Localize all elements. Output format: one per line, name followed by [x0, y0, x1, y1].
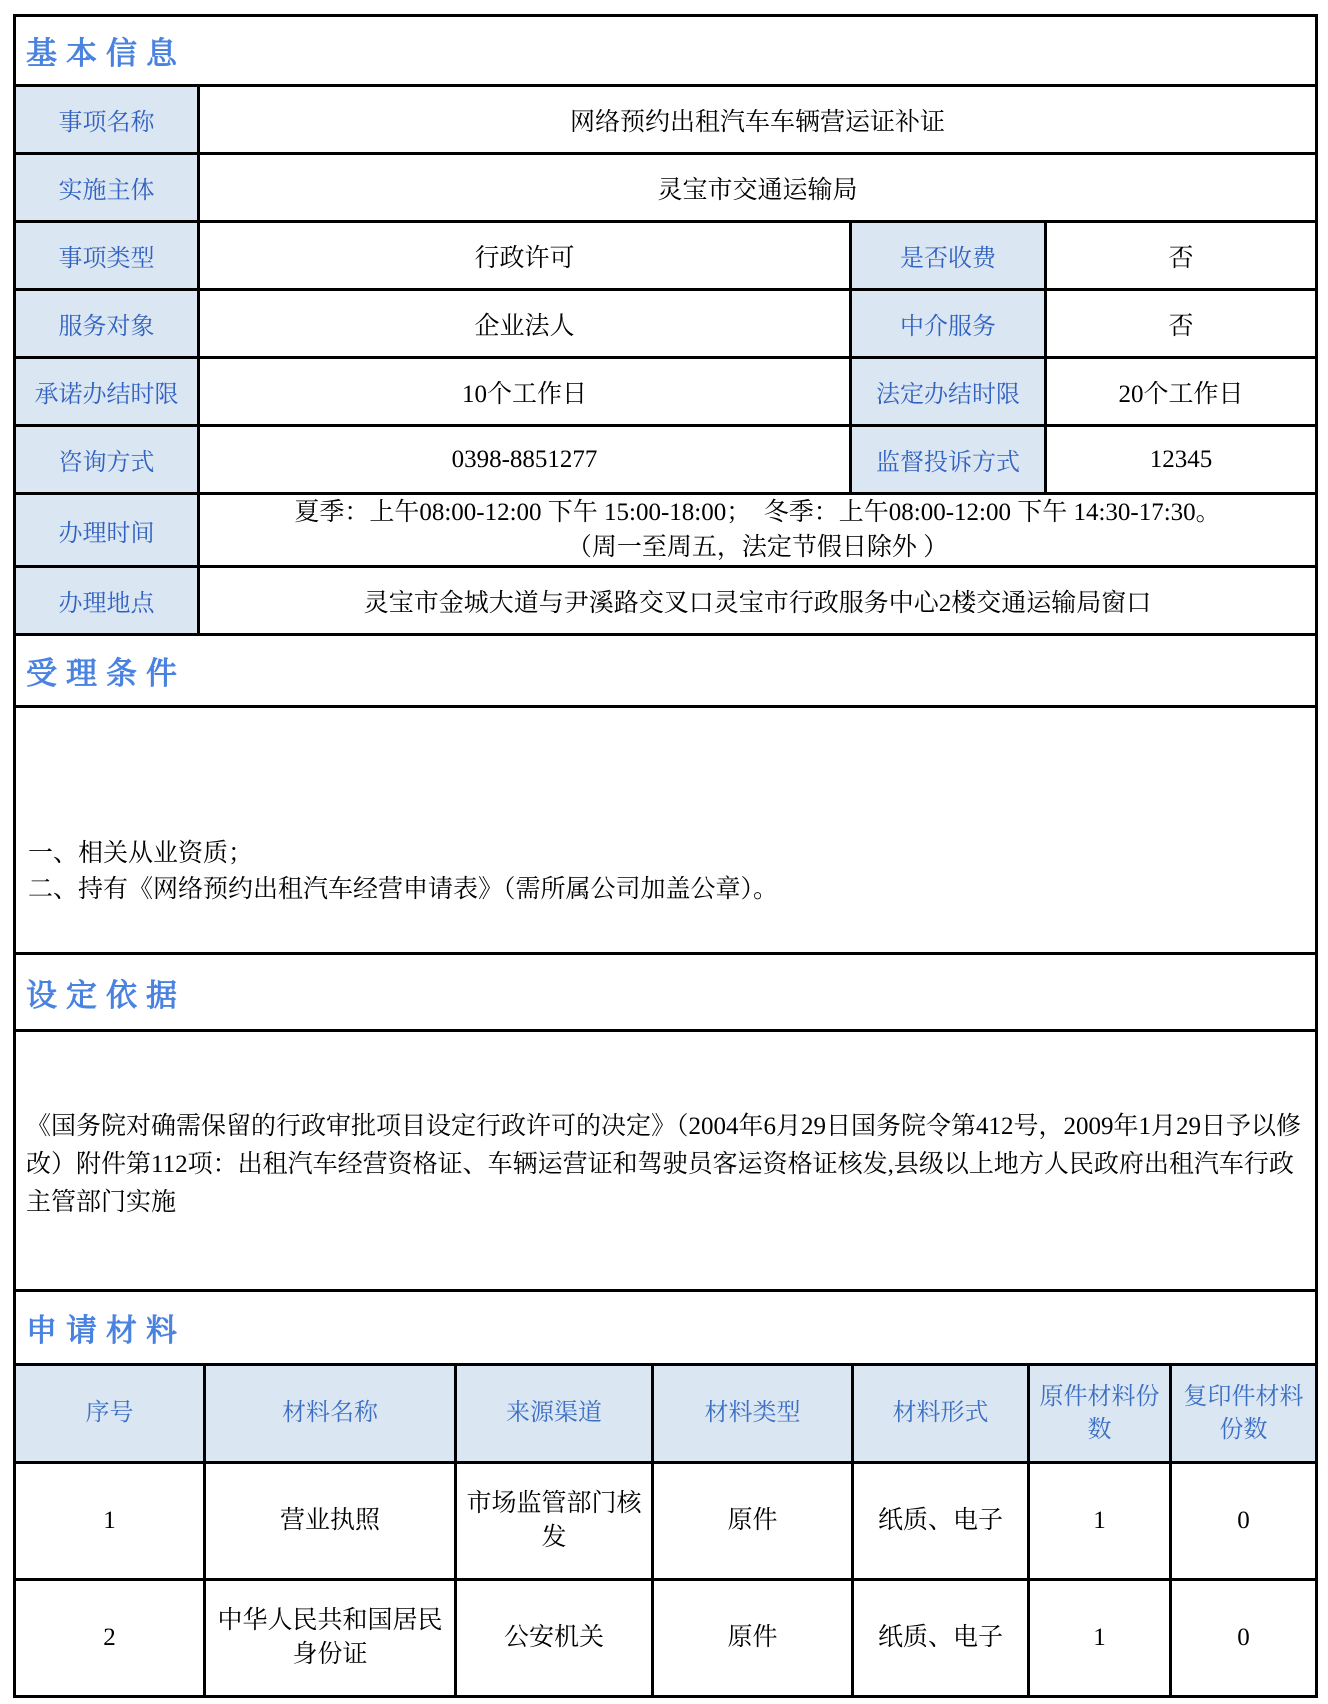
material-originals: 1: [1029, 1580, 1171, 1697]
section-title-application-materials: 申请材料: [15, 1291, 1317, 1365]
material-source: 市场监管部门核发: [456, 1463, 653, 1580]
material-seq: 1: [15, 1463, 205, 1580]
office-hours-line1: 夏季：上午08:00-12:00 下午 15:00-18:00； 冬季：上午08…: [200, 495, 1315, 530]
field-value-promised-time-limit: 10个工作日: [199, 358, 851, 426]
field-value-implementing-body: 灵宝市交通运输局: [199, 154, 1317, 222]
material-copies: 0: [1171, 1463, 1317, 1580]
field-value-consultation-phone: 0398-8851277: [199, 426, 851, 494]
section-row-setting-basis: 设定依据: [15, 954, 1317, 1031]
material-source: 公安机关: [456, 1580, 653, 1697]
condition-item-2: 二、持有《网络预约出租汽车经营申请表》（需所属公司加盖公章）。: [28, 872, 1305, 908]
acceptance-conditions-content: 一、相关从业资质； 二、持有《网络预约出租汽车经营申请表》（需所属公司加盖公章）…: [15, 707, 1317, 954]
material-form: 纸质、电子: [853, 1580, 1029, 1697]
material-row-2: 2 中华人民共和国居民身份证 公安机关 原件 纸质、电子 1 0: [15, 1580, 1317, 1697]
section-title-acceptance-conditions: 受理条件: [15, 635, 1317, 707]
table-row: 办理地点 灵宝市金城大道与尹溪路交叉口灵宝市行政服务中心2楼交通运输局窗口: [15, 567, 1317, 635]
material-originals: 1: [1029, 1463, 1171, 1580]
field-value-service-object: 企业法人: [199, 290, 851, 358]
materials-header-row: 序号 材料名称 来源渠道 材料类型 材料形式 原件材料份数 复印件材料份数: [15, 1365, 1317, 1463]
section-row-application-materials: 申请材料: [15, 1291, 1317, 1365]
material-form: 纸质、电子: [853, 1463, 1029, 1580]
materials-header-seq: 序号: [15, 1365, 205, 1463]
field-value-office-hours: 夏季：上午08:00-12:00 下午 15:00-18:00； 冬季：上午08…: [199, 494, 1317, 567]
application-materials-table: 序号 材料名称 来源渠道 材料类型 材料形式 原件材料份数 复印件材料份数 1 …: [13, 1363, 1318, 1698]
field-label-is-charged: 是否收费: [851, 222, 1046, 290]
field-label-office-location: 办理地点: [15, 567, 199, 635]
field-label-office-hours: 办理时间: [15, 494, 199, 567]
field-label-service-object: 服务对象: [15, 290, 199, 358]
table-row: 一、相关从业资质； 二、持有《网络预约出租汽车经营申请表》（需所属公司加盖公章）…: [15, 707, 1317, 954]
office-hours-line2: （周一至周五，法定节假日除外 ）: [200, 530, 1315, 565]
material-type: 原件: [653, 1580, 853, 1697]
table-row: 办理时间 夏季：上午08:00-12:00 下午 15:00-18:00； 冬季…: [15, 494, 1317, 567]
material-row-1: 1 营业执照 市场监管部门核发 原件 纸质、电子 1 0: [15, 1463, 1317, 1580]
field-value-is-charged: 否: [1046, 222, 1317, 290]
table-row: 服务对象 企业法人 中介服务 否: [15, 290, 1317, 358]
setting-basis-content: 《国务院对确需保留的行政审批项目设定行政许可的决定》（2004年6月29日国务院…: [15, 1031, 1317, 1291]
section-title-setting-basis: 设定依据: [15, 954, 1317, 1031]
table-row: 实施主体 灵宝市交通运输局: [15, 154, 1317, 222]
material-name: 营业执照: [205, 1463, 456, 1580]
table-row: 承诺办结时限 10个工作日 法定办结时限 20个工作日: [15, 358, 1317, 426]
table-row: 咨询方式 0398-8851277 监督投诉方式 12345: [15, 426, 1317, 494]
table-row: 事项名称 网络预约出租汽车车辆营运证补证: [15, 86, 1317, 154]
field-label-item-type: 事项类型: [15, 222, 199, 290]
field-label-consultation-phone: 咨询方式: [15, 426, 199, 494]
materials-header-copies: 复印件材料份数: [1171, 1365, 1317, 1463]
materials-header-type: 材料类型: [653, 1365, 853, 1463]
section-row-basic-info: 基本信息: [15, 16, 1317, 86]
field-label-item-name: 事项名称: [15, 86, 199, 154]
field-label-complaint-hotline: 监督投诉方式: [851, 426, 1046, 494]
field-label-promised-time-limit: 承诺办结时限: [15, 358, 199, 426]
field-value-complaint-hotline: 12345: [1046, 426, 1317, 494]
condition-item-1: 一、相关从业资质；: [28, 836, 1305, 872]
field-label-implementing-body: 实施主体: [15, 154, 199, 222]
materials-header-name: 材料名称: [205, 1365, 456, 1463]
table-row: 事项类型 行政许可 是否收费 否: [15, 222, 1317, 290]
field-value-intermediary-service: 否: [1046, 290, 1317, 358]
table-row: 《国务院对确需保留的行政审批项目设定行政许可的决定》（2004年6月29日国务院…: [15, 1031, 1317, 1291]
field-label-statutory-time-limit: 法定办结时限: [851, 358, 1046, 426]
field-value-office-location: 灵宝市金城大道与尹溪路交叉口灵宝市行政服务中心2楼交通运输局窗口: [199, 567, 1317, 635]
service-info-page: 基本信息 事项名称 网络预约出租汽车车辆营运证补证 实施主体 灵宝市交通运输局 …: [0, 0, 1328, 1698]
basic-info-table: 基本信息 事项名称 网络预约出租汽车车辆营运证补证 实施主体 灵宝市交通运输局 …: [13, 14, 1318, 1366]
material-seq: 2: [15, 1580, 205, 1697]
material-copies: 0: [1171, 1580, 1317, 1697]
field-value-statutory-time-limit: 20个工作日: [1046, 358, 1317, 426]
field-value-item-name: 网络预约出租汽车车辆营运证补证: [199, 86, 1317, 154]
field-label-intermediary-service: 中介服务: [851, 290, 1046, 358]
section-title-basic-info: 基本信息: [15, 16, 1317, 86]
material-type: 原件: [653, 1463, 853, 1580]
section-row-acceptance-conditions: 受理条件: [15, 635, 1317, 707]
field-value-item-type: 行政许可: [199, 222, 851, 290]
materials-header-source: 来源渠道: [456, 1365, 653, 1463]
material-name: 中华人民共和国居民身份证: [205, 1580, 456, 1697]
materials-header-originals: 原件材料份数: [1029, 1365, 1171, 1463]
materials-header-form: 材料形式: [853, 1365, 1029, 1463]
